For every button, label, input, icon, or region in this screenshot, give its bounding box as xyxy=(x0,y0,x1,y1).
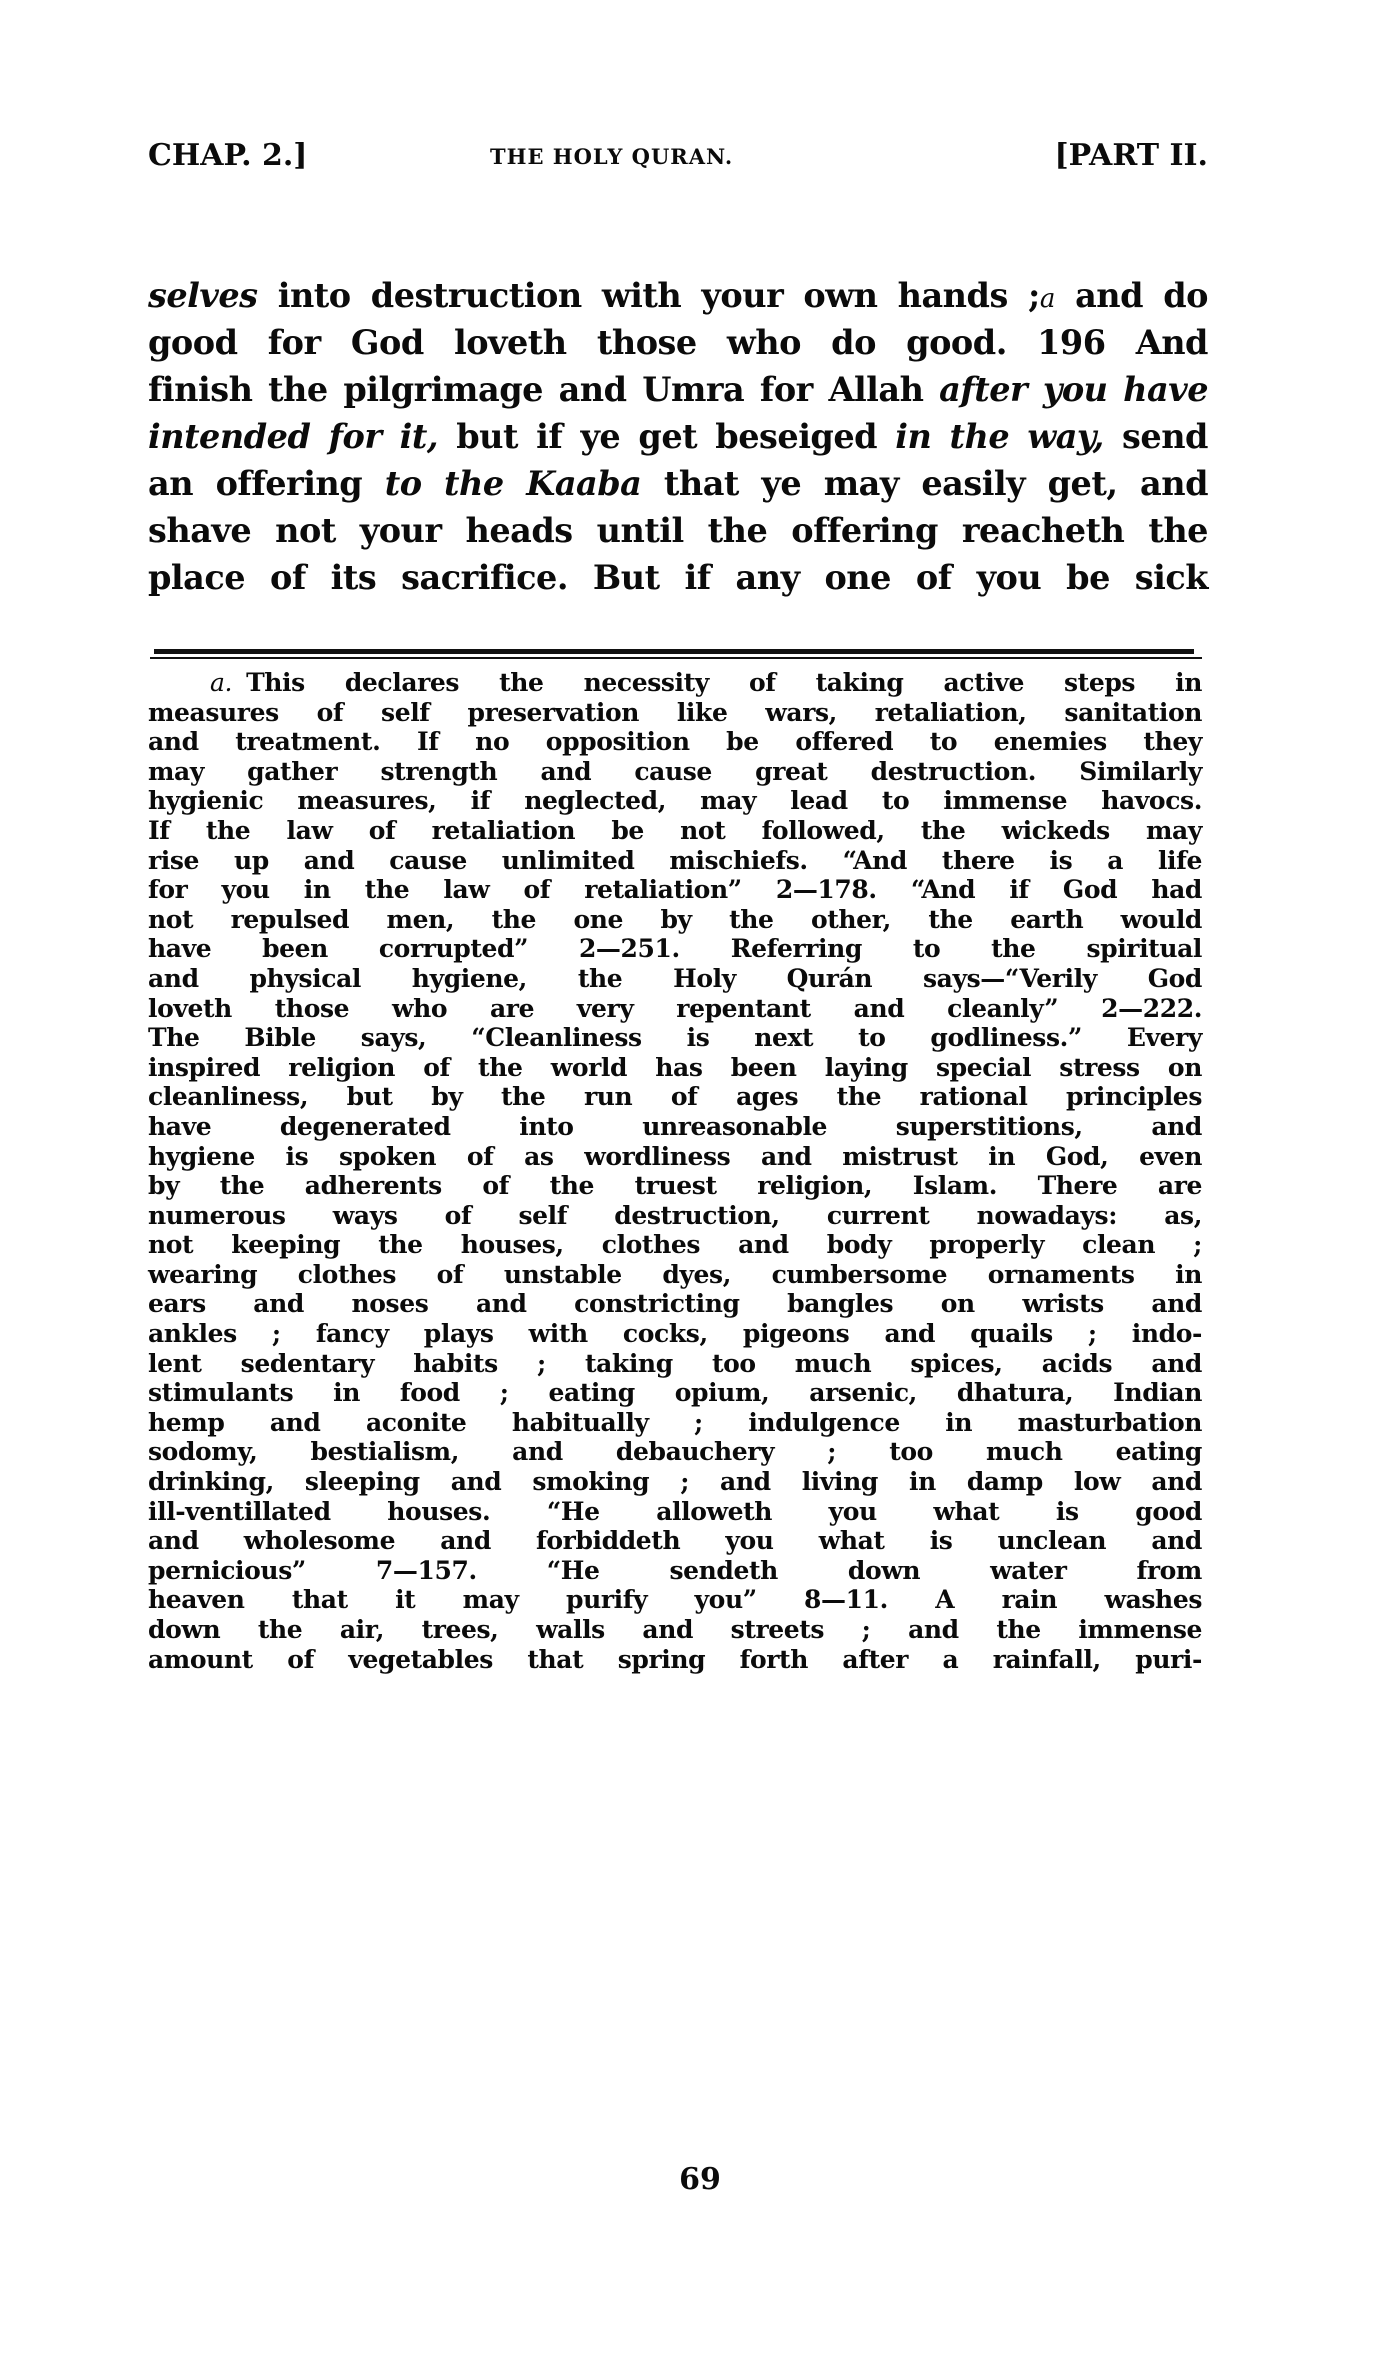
footnote-text: hygiene is spoken of as wordliness and m… xyxy=(148,1142,1202,1171)
text-run: but if ye get beseiged xyxy=(438,417,895,456)
footnote-text: This declares the necessity of taking ac… xyxy=(246,668,1202,697)
rule-thick xyxy=(154,649,1194,654)
footnote-text: loveth those who are very repentant and … xyxy=(148,994,1202,1023)
footnote-text: The Bible says, “Cleanliness is next to … xyxy=(148,1023,1202,1052)
text-run: to the Kaaba xyxy=(385,464,642,503)
text-run: finish the pilgrimage and Umra for Allah xyxy=(148,370,939,409)
footnote-text: measures of self preservation like wars,… xyxy=(148,698,1202,727)
main-text-line: intended for it, but if ye get beseiged … xyxy=(148,413,1208,460)
footnote-text: lent sedentary habits ; taking too much … xyxy=(148,1349,1202,1378)
footnote-line: hemp and aconite habitually ; indulgence… xyxy=(148,1408,1202,1438)
footnote-line: drinking, sleeping and smoking ; and liv… xyxy=(148,1467,1202,1497)
footnote-line: and physical hygiene, the Holy Qurán say… xyxy=(148,964,1202,994)
main-text-line: selves into destruction with your own ha… xyxy=(148,272,1208,319)
footnote-text: rise up and cause unlimited mischiefs. “… xyxy=(148,846,1202,875)
footnote-line: cleanliness, but by the run of ages the … xyxy=(148,1082,1202,1112)
footnote-line: hygienic measures, if neglected, may lea… xyxy=(148,786,1202,816)
text-run: intended for it, xyxy=(148,417,438,456)
main-text-line: place of its sacrifice. But if any one o… xyxy=(148,554,1208,601)
rule-thin xyxy=(150,657,1202,659)
footnote-text: sodomy, bestialism, and debauchery ; too… xyxy=(148,1437,1202,1466)
footnote-reference: a xyxy=(1040,284,1055,314)
text-run: that ye may easily get, and xyxy=(641,464,1208,503)
footnote-text: ill-ventillated houses. “He alloweth you… xyxy=(148,1497,1202,1526)
footnote-line: numerous ways of self destruction, curre… xyxy=(148,1201,1202,1231)
footnote-text: down the air, trees, walls and streets ;… xyxy=(148,1615,1202,1644)
footnote-text: inspired religion of the world has been … xyxy=(148,1053,1202,1082)
footnote-line: not repulsed men, the one by the other, … xyxy=(148,905,1202,935)
footnote-line: ears and noses and constricting bangles … xyxy=(148,1289,1202,1319)
footnote-line: pernicious” 7—157. “He sendeth down wate… xyxy=(148,1556,1202,1586)
footnote-line: and wholesome and forbiddeth you what is… xyxy=(148,1526,1202,1556)
footnote-line: by the adherents of the truest religion,… xyxy=(148,1171,1202,1201)
text-run: shave not your heads until the offering … xyxy=(148,511,1208,550)
main-text-body: selves into destruction with your own ha… xyxy=(148,272,1208,601)
part-label: [PART II. xyxy=(1054,138,1208,173)
text-run: send xyxy=(1104,417,1208,456)
footnote-line: a.This declares the necessity of taking … xyxy=(148,668,1202,698)
footnote-text: heaven that it may purify you” 8—11. A r… xyxy=(148,1585,1202,1614)
footnote-text: cleanliness, but by the run of ages the … xyxy=(148,1082,1202,1111)
footnote-text: have degenerated into unreasonable super… xyxy=(148,1112,1202,1141)
footnote-line: lent sedentary habits ; taking too much … xyxy=(148,1349,1202,1379)
text-run: selves xyxy=(148,276,258,315)
footnote-text: have been corrupted” 2—251. Referring to… xyxy=(148,934,1202,963)
footnote-text: amount of vegetables that spring forth a… xyxy=(148,1645,1202,1674)
footnote-text: and wholesome and forbiddeth you what is… xyxy=(148,1526,1202,1555)
footnote-body: a.This declares the necessity of taking … xyxy=(148,668,1202,1674)
chapter-label: CHAP. 2.] xyxy=(148,138,308,173)
footnote-text: pernicious” 7—157. “He sendeth down wate… xyxy=(148,1556,1202,1585)
main-text-line: finish the pilgrimage and Umra for Allah… xyxy=(148,366,1208,413)
footnote-line: heaven that it may purify you” 8—11. A r… xyxy=(148,1585,1202,1615)
footnote-line: sodomy, bestialism, and debauchery ; too… xyxy=(148,1437,1202,1467)
footnote-text: ankles ; fancy plays with cocks, pigeons… xyxy=(148,1319,1202,1348)
footnote-line: and treatment. If no opposition be offer… xyxy=(148,727,1202,757)
footnote-line: measures of self preservation like wars,… xyxy=(148,698,1202,728)
footnote-text: hemp and aconite habitually ; indulgence… xyxy=(148,1408,1202,1437)
footnote-marker: a. xyxy=(210,668,232,697)
page-number: 69 xyxy=(0,2162,1400,2197)
footnote-line: ankles ; fancy plays with cocks, pigeons… xyxy=(148,1319,1202,1349)
footnote-text: and treatment. If no opposition be offer… xyxy=(148,727,1202,756)
text-run: good for God loveth those who do good. 1… xyxy=(148,323,1208,362)
footnote-line: may gather strength and cause great dest… xyxy=(148,757,1202,787)
footnote-line: loveth those who are very repentant and … xyxy=(148,994,1202,1024)
footnote-text: ears and noses and constricting bangles … xyxy=(148,1289,1202,1318)
text-run: after you have xyxy=(939,370,1208,409)
book-title: THE HOLY QURAN. xyxy=(490,144,733,169)
footnote-text: hygienic measures, if neglected, may lea… xyxy=(148,786,1202,815)
text-run: into destruction with your own hands ; xyxy=(258,276,1040,315)
footnote-line: stimulants in food ; eating opium, arsen… xyxy=(148,1378,1202,1408)
footnote-text: not keeping the houses, clothes and body… xyxy=(148,1230,1202,1259)
footnote-line: rise up and cause unlimited mischiefs. “… xyxy=(148,846,1202,876)
footnote-line: inspired religion of the world has been … xyxy=(148,1053,1202,1083)
text-run: an offering xyxy=(148,464,385,503)
footnote-text: not repulsed men, the one by the other, … xyxy=(148,905,1202,934)
main-text-line: good for God loveth those who do good. 1… xyxy=(148,319,1208,366)
footnote-text: wearing clothes of unstable dyes, cumber… xyxy=(148,1260,1202,1289)
main-text-line: an offering to the Kaaba that ye may eas… xyxy=(148,460,1208,507)
running-head: CHAP. 2.] THE HOLY QURAN. [PART II. xyxy=(148,138,1208,178)
footnote-line: for you in the law of retaliation” 2—178… xyxy=(148,875,1202,905)
text-run: in the way, xyxy=(895,417,1104,456)
footnote-text: may gather strength and cause great dest… xyxy=(148,757,1202,786)
footnote-text: If the law of retaliation be not followe… xyxy=(148,816,1202,845)
footnote-line: hygiene is spoken of as wordliness and m… xyxy=(148,1142,1202,1172)
footnote-line: ill-ventillated houses. “He alloweth you… xyxy=(148,1497,1202,1527)
footnote-text: by the adherents of the truest religion,… xyxy=(148,1171,1202,1200)
footnote-line: down the air, trees, walls and streets ;… xyxy=(148,1615,1202,1645)
footnote-line: have been corrupted” 2—251. Referring to… xyxy=(148,934,1202,964)
text-run: and do xyxy=(1055,276,1208,315)
footnote-separator-rule xyxy=(150,649,1202,661)
footnote-text: drinking, sleeping and smoking ; and liv… xyxy=(148,1467,1202,1496)
footnote-text: numerous ways of self destruction, curre… xyxy=(148,1201,1202,1230)
footnote-text: stimulants in food ; eating opium, arsen… xyxy=(148,1378,1202,1407)
footnote-line: If the law of retaliation be not followe… xyxy=(148,816,1202,846)
main-text-line: shave not your heads until the offering … xyxy=(148,507,1208,554)
footnote-text: for you in the law of retaliation” 2—178… xyxy=(148,875,1202,904)
text-run: place of its sacrifice. But if any one o… xyxy=(148,558,1208,597)
footnote-line: not keeping the houses, clothes and body… xyxy=(148,1230,1202,1260)
footnote-line: wearing clothes of unstable dyes, cumber… xyxy=(148,1260,1202,1290)
footnote-line: The Bible says, “Cleanliness is next to … xyxy=(148,1023,1202,1053)
footnote-line: have degenerated into unreasonable super… xyxy=(148,1112,1202,1142)
footnote-line: amount of vegetables that spring forth a… xyxy=(148,1645,1202,1675)
scanned-book-page: CHAP. 2.] THE HOLY QURAN. [PART II. selv… xyxy=(0,0,1400,2360)
footnote-text: and physical hygiene, the Holy Qurán say… xyxy=(148,964,1202,993)
